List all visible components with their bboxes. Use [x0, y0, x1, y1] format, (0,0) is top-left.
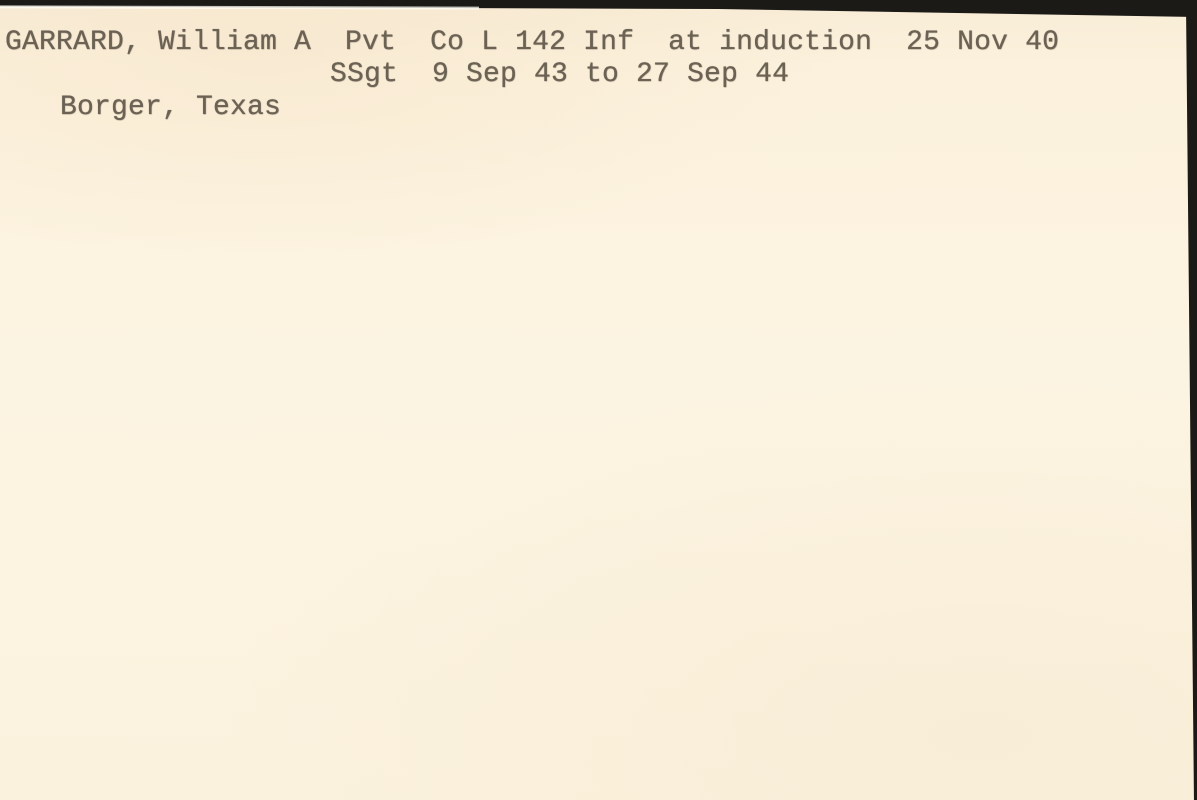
index-card: GARRARD, William A Pvt Co L 142 Inf at i… — [0, 0, 1197, 800]
scan-edge-right — [1181, 0, 1197, 800]
service-record-line-hometown: Borger, Texas — [60, 94, 281, 122]
service-record-line-promotion-dates: SSgt 9 Sep 43 to 27 Sep 44 — [330, 61, 789, 89]
service-record-line-name-rank-unit: GARRARD, William A Pvt Co L 142 Inf at i… — [5, 29, 1059, 57]
scan-edge-top-highlight — [0, 5, 479, 9]
scan-edge-top — [0, 0, 1197, 20]
